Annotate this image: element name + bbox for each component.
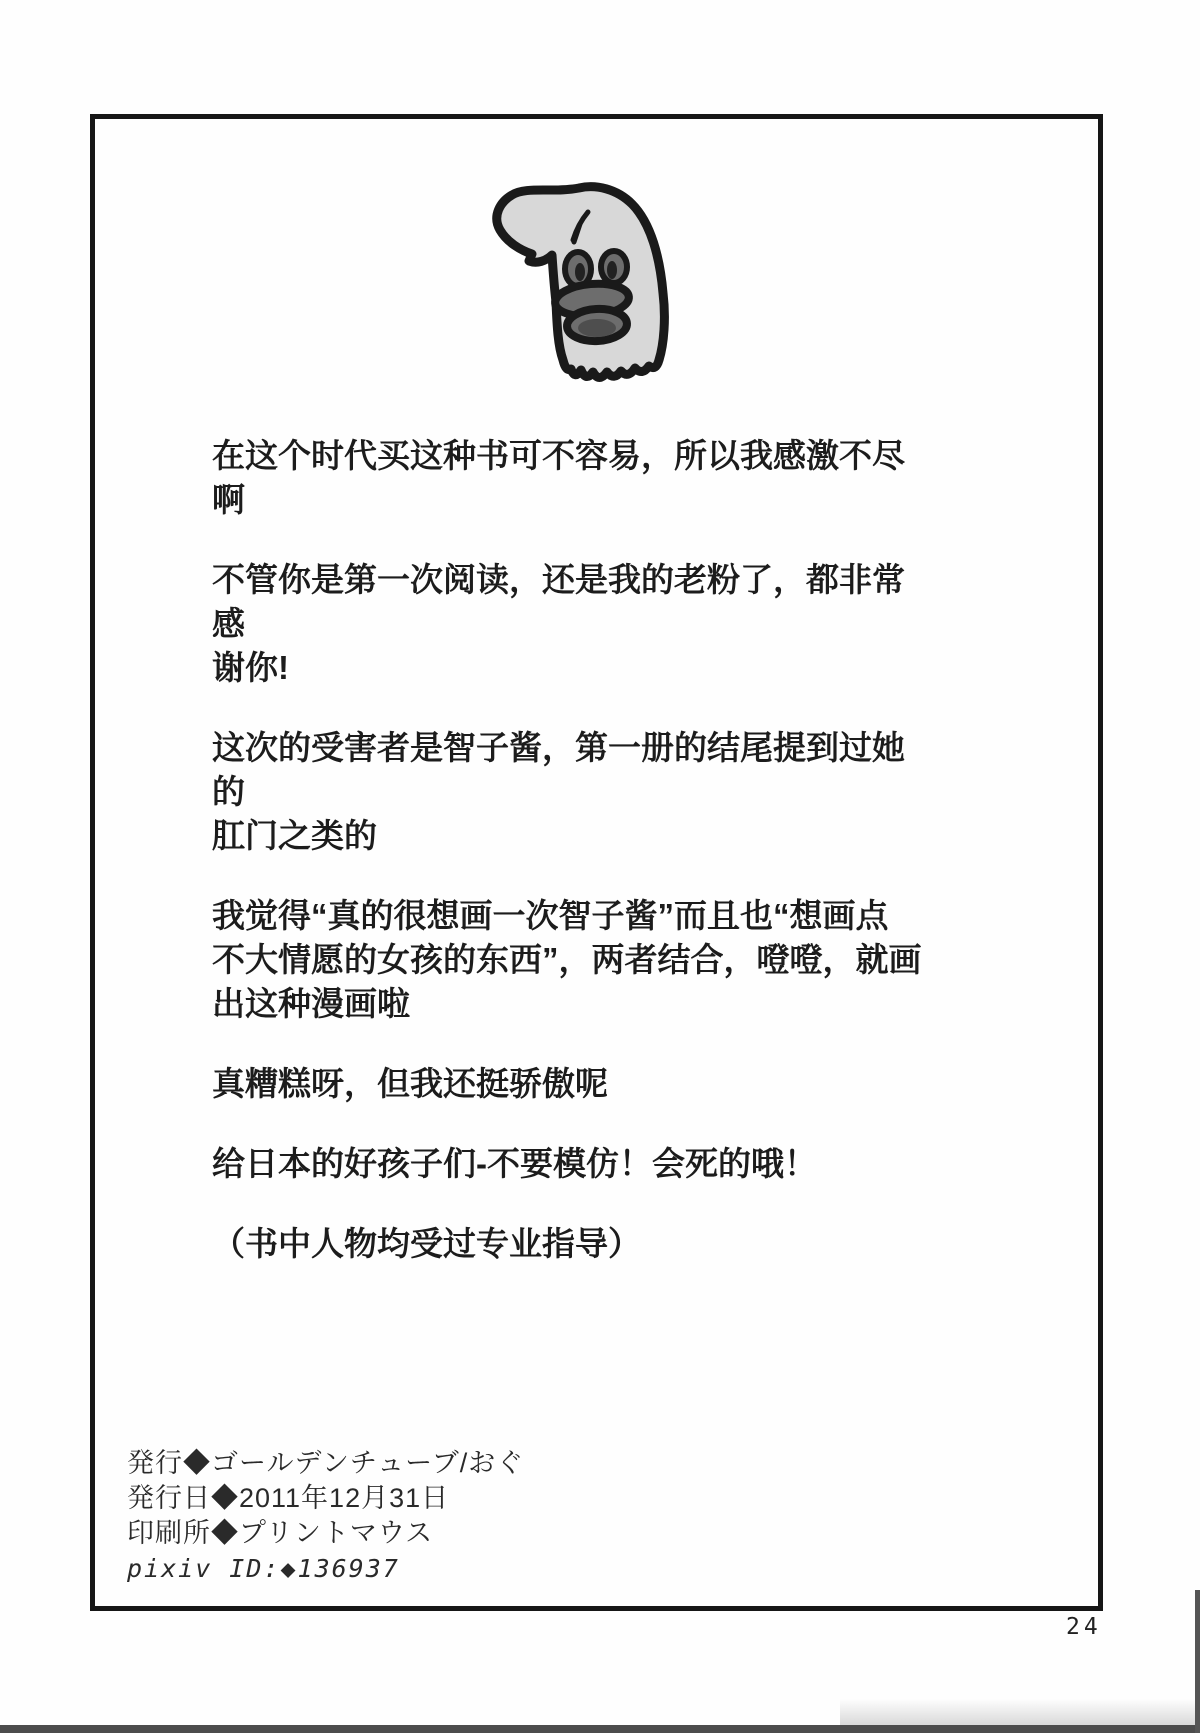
mascot-left-pupil [575,263,585,281]
colophon-block: 発行◆ゴールデンチューブ/おぐ 発行日◆2011年12月31日 印刷所◆プリント… [127,1446,727,1586]
afterword-paragraph: 不管你是第一次阅读，还是我的老粉了，都非常感 谢你! [212,558,932,690]
afterword-paragraph: 真糟糕呀，但我还挺骄傲呢 [212,1062,932,1106]
colophon-publisher: 発行◆ゴールデンチューブ/おぐ [127,1446,727,1481]
scanned-afterword-page: 在这个时代买这种书可不容易，所以我感激不尽啊 不管你是第一次阅读，还是我的老粉了… [0,0,1200,1733]
afterword-paragraph: 在这个时代买这种书可不容易，所以我感激不尽啊 [212,434,932,522]
ghost-mascot-drawing [430,150,720,410]
colophon-printer: 印刷所◆プリントマウス [127,1516,727,1551]
afterword-text-block: 在这个时代买这种书可不容易，所以我感激不尽啊 不管你是第一次阅读，还是我的老粉了… [212,434,932,1302]
colophon-pixiv-id: pixiv ID:◆136937 [127,1551,727,1586]
afterword-paragraph: 这次的受害者是智子酱，第一册的结尾提到过她的 肛门之类的 [212,726,932,858]
mascot-mouth-inner [578,319,616,337]
page-number: 24 [1066,1614,1102,1640]
scan-shadow-right-edge [1195,1590,1200,1733]
scan-shadow-bottom-edge [0,1725,1200,1733]
colophon-publish-date: 発行日◆2011年12月31日 [127,1481,727,1516]
mascot-right-pupil [607,261,617,279]
afterword-paragraph: 给日本的好孩子们-不要模仿！会死的哦！ [212,1142,932,1186]
afterword-paragraph: （书中人物均受过专业指导） [212,1222,932,1266]
afterword-paragraph: 我觉得“真的很想画一次智子酱”而且也“想画点 不大情愿的女孩的东西”，两者结合，… [212,894,932,1026]
scan-smudge [840,1699,1200,1725]
